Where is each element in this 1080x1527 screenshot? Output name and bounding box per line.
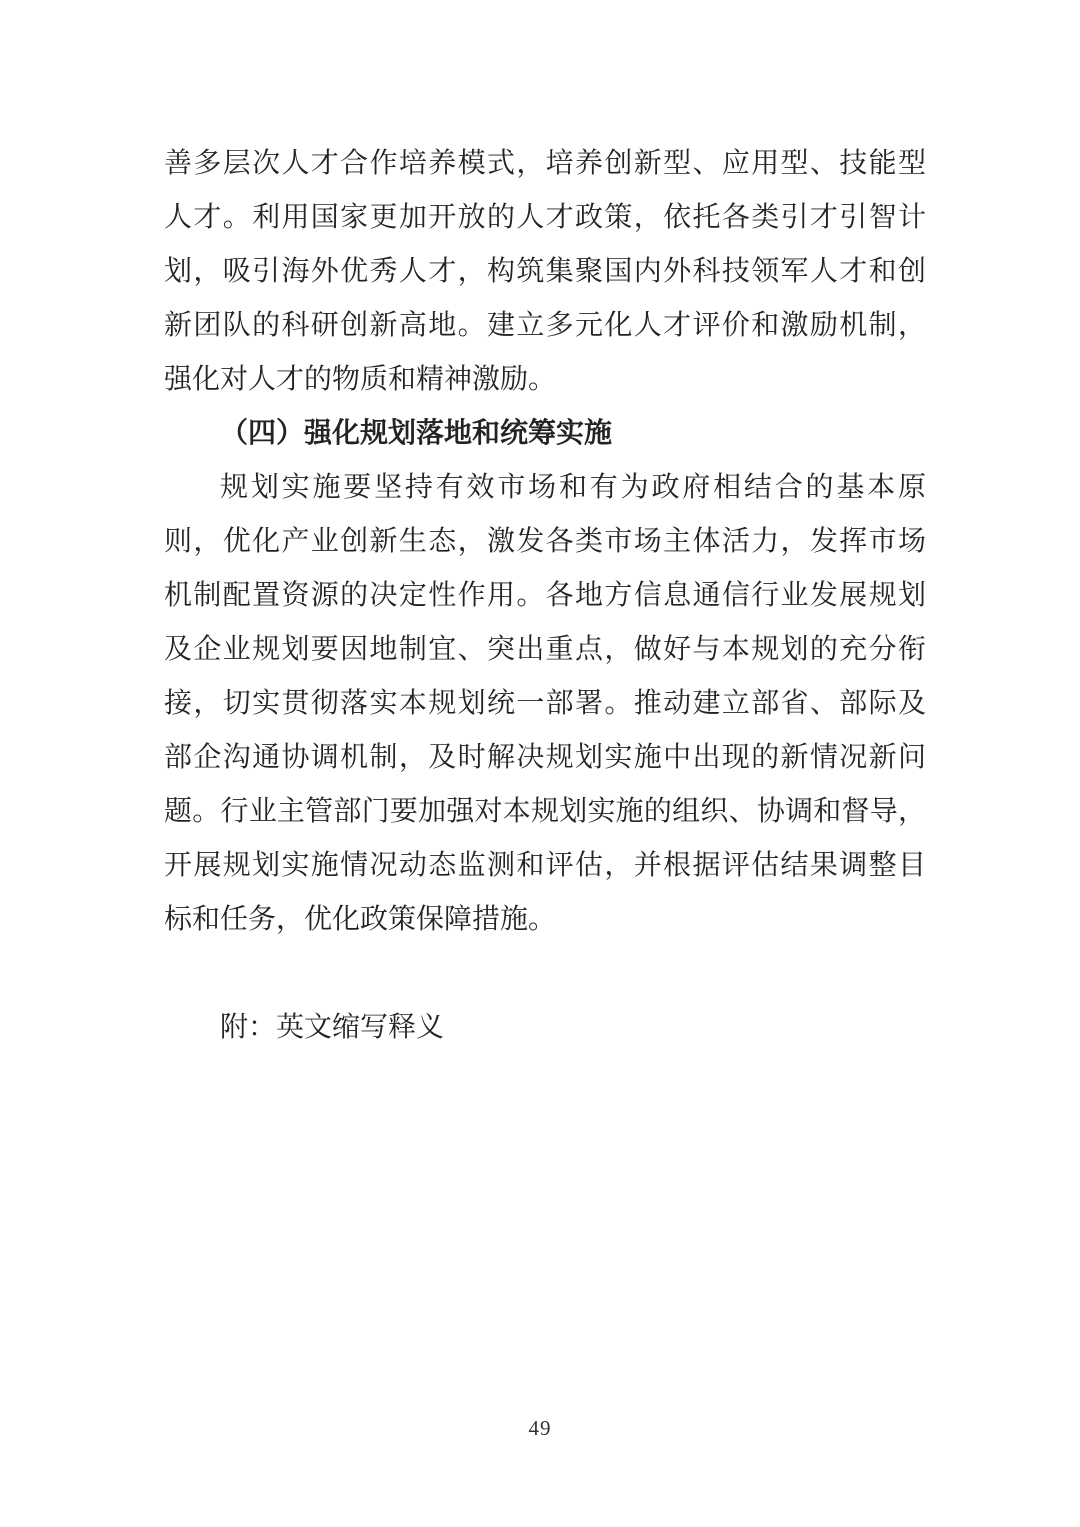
page-number: 49: [0, 1416, 1080, 1441]
text-line: 标和任务，优化政策保障措施。: [164, 893, 926, 947]
text-line: 则，优化产业创新生态，激发各类市场主体活力，发挥市场: [164, 515, 926, 569]
document-page: 善多层次人才合作培养模式，培养创新型、应用型、技能型人才。利用国家更加开放的人才…: [0, 0, 1080, 1527]
text-line: 开展规划实施情况动态监测和评估，并根据评估结果调整目: [164, 839, 926, 893]
text-line: 善多层次人才合作培养模式，培养创新型、应用型、技能型: [164, 137, 926, 191]
text-line: 机制配置资源的决定性作用。各地方信息通信行业发展规划: [164, 569, 926, 623]
blank-line: [164, 947, 926, 1001]
text-line: 规划实施要坚持有效市场和有为政府相结合的基本原: [164, 461, 926, 515]
document-text-block: 善多层次人才合作培养模式，培养创新型、应用型、技能型人才。利用国家更加开放的人才…: [164, 137, 926, 1055]
text-line: 人才。利用国家更加开放的人才政策，依托各类引才引智计: [164, 191, 926, 245]
text-line: 接，切实贯彻落实本规划统一部署。推动建立部省、部际及: [164, 677, 926, 731]
text-line: 题。行业主管部门要加强对本规划实施的组织、协调和督导，: [164, 785, 926, 839]
text-line: 附：英文缩写释义: [164, 1001, 926, 1055]
text-line: 部企沟通协调机制，及时解决规划实施中出现的新情况新问: [164, 731, 926, 785]
text-line: 新团队的科研创新高地。建立多元化人才评价和激励机制，: [164, 299, 926, 353]
text-line: 及企业规划要因地制宜、突出重点，做好与本规划的充分衔: [164, 623, 926, 677]
section-heading-line: （四）强化规划落地和统筹实施: [164, 407, 926, 461]
text-line: 强化对人才的物质和精神激励。: [164, 353, 926, 407]
text-line: 划，吸引海外优秀人才，构筑集聚国内外科技领军人才和创: [164, 245, 926, 299]
